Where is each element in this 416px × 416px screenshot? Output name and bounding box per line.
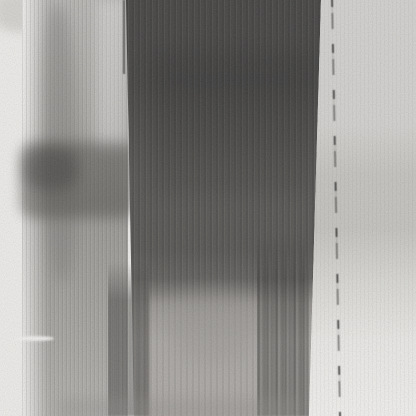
right-light-column — [0, 0, 416, 416]
left-band-light-strip — [96, 0, 126, 152]
abstract-print-canvas — [0, 0, 416, 416]
grain-overlay-dark — [0, 0, 416, 416]
broken-vertical-line-right — [331, 0, 341, 416]
left-dark-brush-streak — [108, 262, 150, 416]
bottom-light-patch — [140, 302, 266, 416]
central-band-inner-shadow — [148, 52, 314, 192]
grain-overlay-light — [0, 0, 416, 416]
right-dark-brush-streak — [257, 234, 309, 416]
thin-dark-line-left — [123, 0, 125, 74]
horizontal-dark-smudge — [20, 142, 136, 218]
top-left-gray-wash — [0, 0, 60, 32]
left-gray-band — [22, 0, 128, 416]
central-dark-band — [0, 0, 416, 416]
left-band-dark-edge — [44, 4, 78, 282]
white-dash-mark — [16, 336, 54, 341]
bottom-edge-smudge — [58, 398, 302, 416]
white-speckle-overlay — [0, 0, 416, 416]
smudge-dark-core — [24, 148, 78, 190]
bottom-center-blotch — [168, 292, 260, 362]
